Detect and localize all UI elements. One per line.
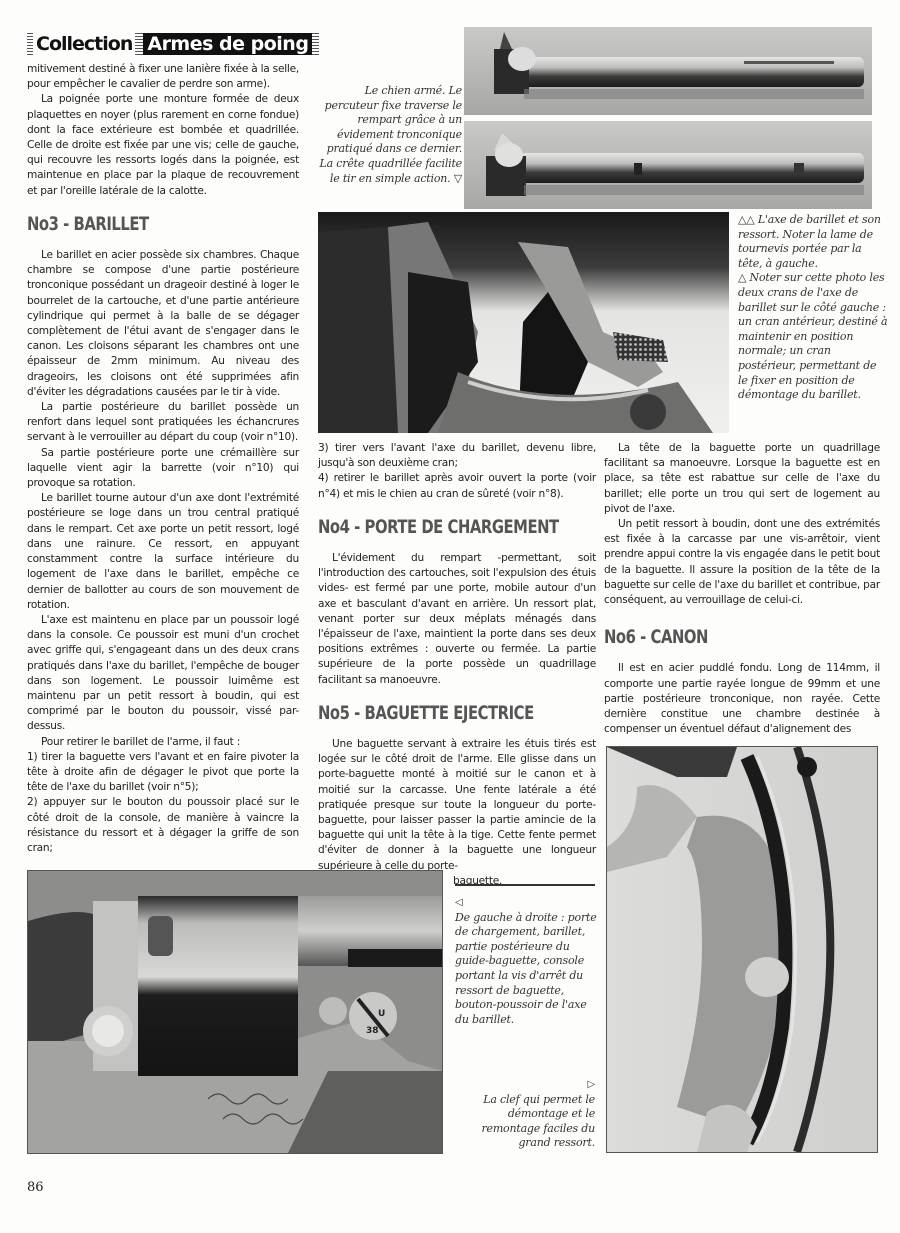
photo-barrel-axle-notches [464,121,872,209]
column-2: 3) tirer vers l'avant l'axe du barillet,… [318,441,596,889]
paragraph: Le barillet tourne autour d'un axe dont … [27,491,299,613]
paragraph: Pour retirer le barillet de l'arme, il f… [27,735,299,750]
caption-parts: ◁ De gauche à droite : porte de chargeme… [455,896,597,1027]
caption-key-text: La clef qui permet le démontage et le re… [455,1093,595,1151]
step-item: 2) appuyer sur le bouton du poussoir pla… [27,795,299,856]
paragraph: Il est en acier puddlé fondu. Long de 11… [604,661,880,737]
column-3: La tête de la baguette porte un quadrill… [604,441,880,737]
screw-marking: 38 [366,1026,379,1036]
paragraph: La partie postérieure du barillet possèd… [27,400,299,446]
caption-key: ▷ La clef qui permet le démontage et le … [455,1078,595,1151]
paragraph: La tête de la baguette porte un quadrill… [604,441,880,517]
caption-divider [455,884,595,886]
section-heading-barillet: No3 - BARILLET [27,217,239,232]
page-number: 86 [27,1180,44,1195]
photo-revolver-frame: U 38 [27,870,443,1154]
column-1: mitivement destiné à fixer une lanière f… [27,62,299,856]
arrow-right-icon: ▷ [455,1078,595,1093]
header-series: Armes de poing [143,33,312,55]
photo-mainspring-key [606,746,878,1153]
screw-letter: U [378,1009,385,1019]
step-item: 3) tirer vers l'avant l'axe du barillet,… [318,441,596,471]
caption-axle-top: △△ L'axe de barillet et son ressort. Not… [738,213,888,271]
paragraph: La poignée porte une monture formée de d… [27,92,299,198]
photo-barrel-axle-spring [464,27,872,115]
section-heading-canon: No6 - CANON [604,630,819,645]
caption-hammer: Le chien armé. Le percuteur fixe travers… [318,84,462,186]
caption-parts-text: De gauche à droite : porte de chargement… [455,911,597,1028]
paragraph: mitivement destiné à fixer une lanière f… [27,62,299,92]
section-heading-porte: No4 - PORTE DE CHARGEMENT [318,520,535,535]
section-heading-baguette: No5 - BAGUETTE EJECTRICE [318,706,535,721]
caption-axle-bottom: △ Noter sur cette photo les deux crans d… [738,271,888,402]
step-item: 1) tirer la baguette vers l'avant et en … [27,750,299,796]
photo-cocked-hammer [318,212,729,433]
paragraph: Le barillet en acier possède six chambre… [27,248,299,400]
running-header: Collection Armes de poing [27,31,319,57]
paragraph: Une baguette servant à extraire les étui… [318,737,596,874]
caption-axle: △△ L'axe de barillet et son ressort. Not… [738,213,888,403]
paragraph: Un petit ressort à boudin, dont une des … [604,517,880,608]
arrow-left-icon: ◁ [455,896,597,911]
paragraph: Sa partie postérieure porte une crémaill… [27,446,299,492]
paragraph: L'évidement du rempart -permettant, soit… [318,551,596,688]
header-collection: Collection [33,33,135,55]
step-item: 4) retirer le barillet après avoir ouver… [318,471,596,501]
paragraph: L'axe est maintenu en place par un pouss… [27,613,299,735]
